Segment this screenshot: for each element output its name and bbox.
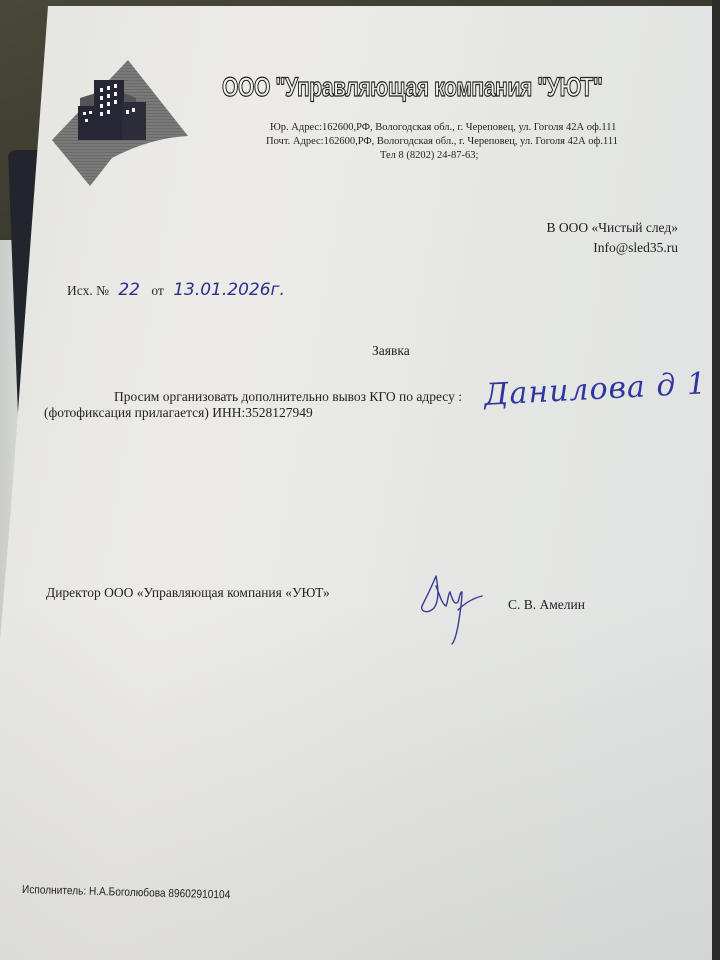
request-text-line2: (фотофиксация прилагается) ИНН:352812794… xyxy=(44,405,313,421)
document-title: Заявка xyxy=(372,343,410,359)
right-edge xyxy=(712,0,720,960)
signatory-name: С. В. Амелин xyxy=(508,597,585,613)
outgoing-reference: Исх. № 22 от 13.01.2026г. xyxy=(67,280,285,300)
date-prefix: от xyxy=(151,283,163,298)
postal-address: Почт. Адрес:162600,РФ, Вологодская обл.,… xyxy=(266,136,618,147)
recipient-block: В ООО «Чистый след» Info@sled35.ru xyxy=(547,218,678,258)
building-logo-icon xyxy=(50,58,190,188)
recipient-organization: В ООО «Чистый след» xyxy=(547,218,678,238)
request-text-line1: Просим организовать дополнительно вывоз … xyxy=(114,389,462,405)
outgoing-number: 22 xyxy=(118,280,140,300)
recipient-email: Info@sled35.ru xyxy=(547,238,678,258)
outgoing-date: 13.01.2026г. xyxy=(173,280,285,300)
legal-address: Юр. Адрес:162600,РФ, Вологодская обл., г… xyxy=(270,122,616,133)
company-title: ООО "Управляющая компания "УЮТ" xyxy=(222,72,643,103)
phone-number: Тел 8 (8202) 24-87-63; xyxy=(380,150,478,161)
signatory-role: Директор ООО «Управляющая компания «УЮТ» xyxy=(46,585,330,601)
paper-shadow xyxy=(0,600,720,960)
signature-icon xyxy=(418,566,498,646)
outgoing-prefix: Исх. № xyxy=(67,283,109,298)
